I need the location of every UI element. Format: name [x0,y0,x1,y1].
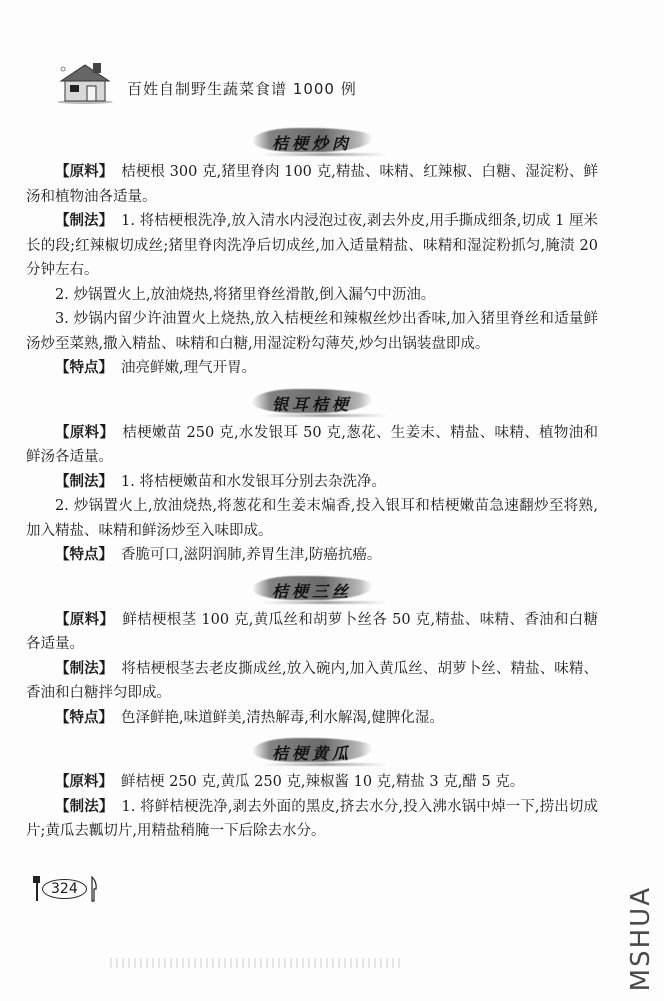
recipe-heading: 银耳桔梗 [26,385,598,419]
house-icon [55,59,117,105]
paragraph-text: 色泽鲜艳,味道鲜美,清热解毒,利水解渴,健脾化湿。 [121,710,444,726]
method-paragraph: 【制法】1. 将桔梗根洗净,放入清水内浸泡过夜,剥去外皮,用手撕成细条,切成 1… [26,209,598,283]
ingredients-paragraph: 【原料】桔梗根 300 克,猪里脊肉 100 克,精盐、味精、红辣椒、白糖、湿淀… [26,160,598,209]
features-paragraph: 【特点】色泽鲜艳,味道鲜美,清热解毒,利水解渴,健脾化湿。 [26,706,598,731]
section-label: 【原料】 [55,774,113,790]
running-header: 百姓自制野生蔬菜食谱 1000 例 [55,55,357,105]
features-paragraph: 【特点】油亮鲜嫩,理气开胃。 [26,356,598,381]
recipe-section: 银耳桔梗 【原料】桔梗嫩苗 250 克,水发银耳 50 克,葱花、生姜末、精盐、… [26,385,598,568]
ingredients-paragraph: 【原料】桔梗嫩苗 250 克,水发银耳 50 克,葱花、生姜末、精盐、味精、植物… [26,421,598,470]
section-label: 【原料】 [55,425,114,441]
scan-artifact [110,958,400,968]
method-step: 3. 炒锅内留少许油置火上烧热,放入桔梗丝和辣椒丝炒出香味,加入猪里脊丝和适量鲜… [26,307,598,356]
recipe-section: 桔梗黄瓜 【原料】鲜桔梗 250 克,黄瓜 250 克,辣椒酱 10 克,精盐 … [26,734,598,844]
watermark: MSHUA [626,886,656,991]
method-paragraph: 【制法】1. 将鲜桔梗洗净,剥去外面的黑皮,挤去水分,投入沸水锅中焯一下,捞出切… [26,795,598,844]
method-step: 2. 炒锅置火上,放油烧热,将猪里脊丝滑散,倒入漏勺中沥油。 [26,283,598,308]
recipe-title: 银耳桔梗 [272,395,352,414]
fork-icon [32,876,40,902]
method-paragraph: 【制法】1. 将桔梗嫩苗和水发银耳分别去杂洗净。 [26,470,598,495]
section-label: 【特点】 [55,360,113,376]
page-number: 324 [42,879,87,899]
section-label: 【原料】 [55,612,114,628]
ingredients-paragraph: 【原料】鲜桔梗 250 克,黄瓜 250 克,辣椒酱 10 克,精盐 3 克,醋… [26,770,598,795]
page-footer: 324 [32,876,97,902]
paragraph-text: 1. 将桔梗嫩苗和水发银耳分别去杂洗净。 [121,474,386,490]
recipe-heading: 桔梗三丝 [26,572,598,606]
features-paragraph: 【特点】香脆可口,滋阴润肺,养胃生津,防癌抗癌。 [26,543,598,568]
ingredients-paragraph: 【原料】鲜桔梗根茎 100 克,黄瓜丝和胡萝卜丝各 50 克,精盐、味精、香油和… [26,608,598,657]
recipe-section: 桔梗三丝 【原料】鲜桔梗根茎 100 克,黄瓜丝和胡萝卜丝各 50 克,精盐、味… [26,572,598,731]
page-body: 桔梗炒肉 【原料】桔梗根 300 克,猪里脊肉 100 克,精盐、味精、红辣椒、… [26,120,598,844]
section-label: 【制法】 [55,474,113,490]
section-label: 【特点】 [55,547,113,563]
section-label: 【制法】 [55,661,113,677]
paragraph-text: 油亮鲜嫩,理气开胃。 [121,360,256,376]
recipe-section: 桔梗炒肉 【原料】桔梗根 300 克,猪里脊肉 100 克,精盐、味精、红辣椒、… [26,124,598,381]
recipe-heading: 桔梗炒肉 [26,124,598,158]
paragraph-text: 鲜桔梗 250 克,黄瓜 250 克,辣椒酱 10 克,精盐 3 克,醋 5 克… [121,774,524,790]
book-title: 百姓自制野生蔬菜食谱 1000 例 [127,78,357,99]
method-paragraph: 【制法】将桔梗根茎去老皮撕成丝,放入碗内,加入黄瓜丝、胡萝卜丝、精盐、味精、香油… [26,657,598,706]
recipe-heading: 桔梗黄瓜 [26,734,598,768]
paragraph-text: 3. 炒锅内留少许油置火上烧热,放入桔梗丝和辣椒丝炒出香味,加入猪里脊丝和适量鲜… [26,311,598,352]
paragraph-text: 2. 炒锅置火上,放油烧热,将猪里脊丝滑散,倒入漏勺中沥油。 [55,287,435,303]
knife-icon [89,876,97,902]
section-label: 【特点】 [55,710,113,726]
recipe-title: 桔梗黄瓜 [272,744,352,763]
paragraph-text: 香脆可口,滋阴润肺,养胃生津,防癌抗癌。 [121,547,381,563]
recipe-title: 桔梗三丝 [272,582,352,601]
method-step: 2. 炒锅置火上,放油烧热,将葱花和生姜末煸香,投入银耳和桔梗嫩苗急速翻炒至将熟… [26,494,598,543]
section-label: 【原料】 [55,164,113,180]
section-label: 【制法】 [55,213,113,229]
section-label: 【制法】 [55,799,114,815]
paragraph-text: 2. 炒锅置火上,放油烧热,将葱花和生姜末煸香,投入银耳和桔梗嫩苗急速翻炒至将熟… [26,498,598,539]
recipe-title: 桔梗炒肉 [272,134,352,153]
